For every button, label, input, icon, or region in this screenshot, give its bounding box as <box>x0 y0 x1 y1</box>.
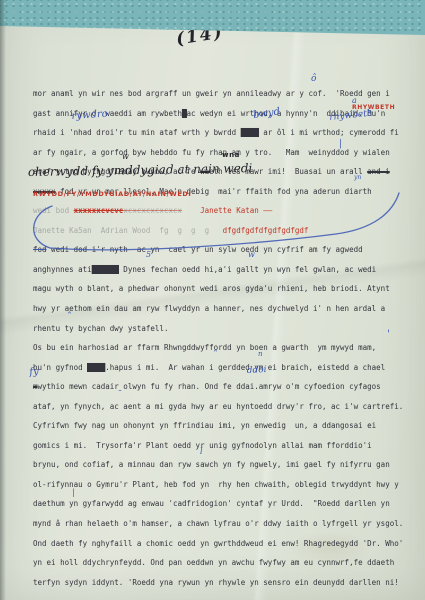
typed-segment: wythio mewn cadair olwyn fu fy rhan. Ond… <box>38 382 381 391</box>
typed-segment: ██████ <box>92 265 119 274</box>
handwritten-annotation: | <box>339 139 342 149</box>
typed-segment: wedi bod <box>33 206 74 215</box>
handwritten-annotation: 5 <box>146 250 151 259</box>
typed-segment: mynd â rhan helaeth o'm hamser, a chawn … <box>33 519 403 528</box>
document-photo: (14) mor anaml yn wir nes bod argraff un… <box>0 0 425 600</box>
photo-edge-shadow <box>0 0 6 600</box>
handwritten-annotation: ô <box>311 74 316 84</box>
typed-segment <box>209 226 223 235</box>
typed-lines: mor anaml yn wir nes bod argraff un gwei… <box>33 84 419 592</box>
typed-line: mynd â rhan helaeth o'm hamser, a chawn … <box>33 514 419 534</box>
typewritten-page: (14) mor anaml yn wir nes bod argraff un… <box>0 0 425 600</box>
typed-line: magu wyth o blant, a phedwar ohonynt wed… <box>33 279 419 299</box>
typed-segment: magu wyth o blant, a phedwar ohonynt wed… <box>33 284 390 293</box>
typed-segment: bu'n gyfnod <box>33 363 87 372</box>
typed-line: daethum yn gyfarwydd ag enwau 'cadfridog… <box>33 494 419 514</box>
typed-line: Cyfrifwn fwy nag un ohonynt yn ffrindiau… <box>33 416 419 436</box>
typed-segment: ataf, yn fynych, ac aent a mi gyda hwy a… <box>33 402 403 411</box>
typed-segment: ar fy ngair, a gorfod byw hebddo fu fy r… <box>33 148 390 157</box>
typed-line: ataf, yn fynych, ac aent a mi gyda hwy a… <box>33 397 419 417</box>
handwritten-annotation: ˆ <box>66 312 71 323</box>
handwritten-annotation: ˉ <box>117 390 122 400</box>
typed-segment: hwy yr aethom ein dau am ryw flwyddyn a … <box>33 304 385 313</box>
handwritten-annotation: w <box>122 152 129 161</box>
handwritten-annotation: ddoi <box>246 365 266 376</box>
handwritten-annotation: n <box>258 350 263 358</box>
typed-line: yn ei holl ddychrynfeydd. Ond pan oeddwn… <box>33 553 419 573</box>
typed-segment: Janette Katan <box>200 206 259 215</box>
typed-segment: rhaid i 'nhad droi'r tu min ataf wrth y … <box>33 128 241 137</box>
typed-line: bu'n gyfnod ████.hapus i mi. Ar wahan i … <box>33 358 419 378</box>
typed-line: terfyn sydyn iddynt. 'Roedd yna rywun yn… <box>33 573 419 593</box>
typed-segment: ol-rifynnau o Gymru'r Plant, heb fod yn … <box>33 480 399 489</box>
typed-segment: rhentu ty bychan dwy ystafell. <box>33 324 168 333</box>
typed-line: rhaid i 'nhad droi'r tu min ataf wrth y … <box>33 123 419 143</box>
handwritten-annotation: wna <box>222 151 240 159</box>
handwritten-annotation: ˆ <box>212 350 217 361</box>
typed-line: ol-rifynnau o Gymru'r Plant, heb fod yn … <box>33 475 419 495</box>
typed-line: mor anaml yn wir nes bod argraff un gwei… <box>33 84 419 104</box>
typed-line: fod wedi dod i'r nyth ac yn cael yr un s… <box>33 240 419 260</box>
typed-line: Janette Ka5an Adrian Wood fg g g g dfgdf… <box>33 221 419 241</box>
typed-segment: wedi dod i'r nyth ac yn cael yr un sylw … <box>47 245 363 254</box>
handwritten-annotation: w <box>248 250 255 259</box>
typed-segment: mor anaml yn wir nes bod argraff un gwei… <box>33 89 390 98</box>
handwritten-annotation: | <box>72 488 75 497</box>
typed-line: Os bu ein harhosiad ar ffarm Rhwngddwyff… <box>33 338 419 358</box>
typed-segment: brynu, ond cofiaf, a minnau dan ryw sawc… <box>33 460 390 469</box>
typed-segment: Ond daeth fy nghyfaill a chomic oedd yn … <box>33 539 403 548</box>
handwritten-annotation: fy <box>29 366 39 378</box>
typed-segment: Cyfrifwn fwy nag un ohonynt yn ffrindiau… <box>33 421 376 430</box>
typed-line: anghynnes ati██████ Dynes fechan oedd hi… <box>33 260 419 280</box>
typed-line: hwy yr aethom ein dau am ryw flwyddyn a … <box>33 299 419 319</box>
typed-segment: anghynnes ati <box>33 265 92 274</box>
typed-segment: daethum yn gyfarwydd ag enwau 'cadfridog… <box>33 499 390 508</box>
typed-segment: ████ <box>87 363 105 372</box>
typed-line: mwythio mewn cadair olwyn fu fy rhan. On… <box>33 377 419 397</box>
typed-line: Ond daeth fy nghyfaill a chomic oedd yn … <box>33 534 419 554</box>
typed-segment: xxxxxxcvcvc <box>74 206 124 215</box>
typed-segment: Janette Ka5an Adrian Wood fg g g g <box>33 226 209 235</box>
typed-segment: ████ <box>241 128 259 137</box>
typed-segment: Os bu ein harhosiad ar ffarm Rhwngddwyff… <box>33 343 376 352</box>
typed-segment: fod <box>33 245 47 254</box>
typed-segment: ar ôl i mi wrthod; cymerodd fi <box>259 128 399 137</box>
handwritten-annotation: yn <box>354 174 361 181</box>
handwritten-annotation: ' <box>387 329 390 340</box>
typed-segment: and i <box>367 167 390 176</box>
typed-segment <box>182 206 200 215</box>
typed-segment: .hapus i mi. Ar wahan i gerdded ym ei br… <box>105 363 385 372</box>
typed-segment: terfyn sydyn iddynt. 'Roedd yna rywun yn… <box>33 578 399 587</box>
typed-segment: xcxcxcxcxcxcx <box>123 206 182 215</box>
typed-segment: dfgdfgdfdfgdfgdfgdf <box>223 226 309 235</box>
handwritten-annotation: l <box>200 447 203 456</box>
typed-line: wedi bod xxxxxxcvcvcxcxcxcxcxcxcx Janett… <box>33 201 419 221</box>
typed-segment: —— <box>259 206 273 215</box>
handwritten-annotation: RWYDD/FY/YMDDYGIAD/AT/NAIN/WEDI <box>33 190 191 198</box>
typed-segment: yn ei holl ddychrynfeydd. Ond pan oeddwn… <box>33 558 394 567</box>
typed-line: rhentu ty bychan dwy ystafell. <box>33 319 419 339</box>
typed-segment: Dynes fechan oedd hi,a'i gallt yn wyn fe… <box>119 265 376 274</box>
typed-line: brynu, ond cofiaf, a minnau dan ryw sawc… <box>33 455 419 475</box>
typed-line: gomics i mi. Trysorfa'r Plant oedd yr un… <box>33 436 419 456</box>
